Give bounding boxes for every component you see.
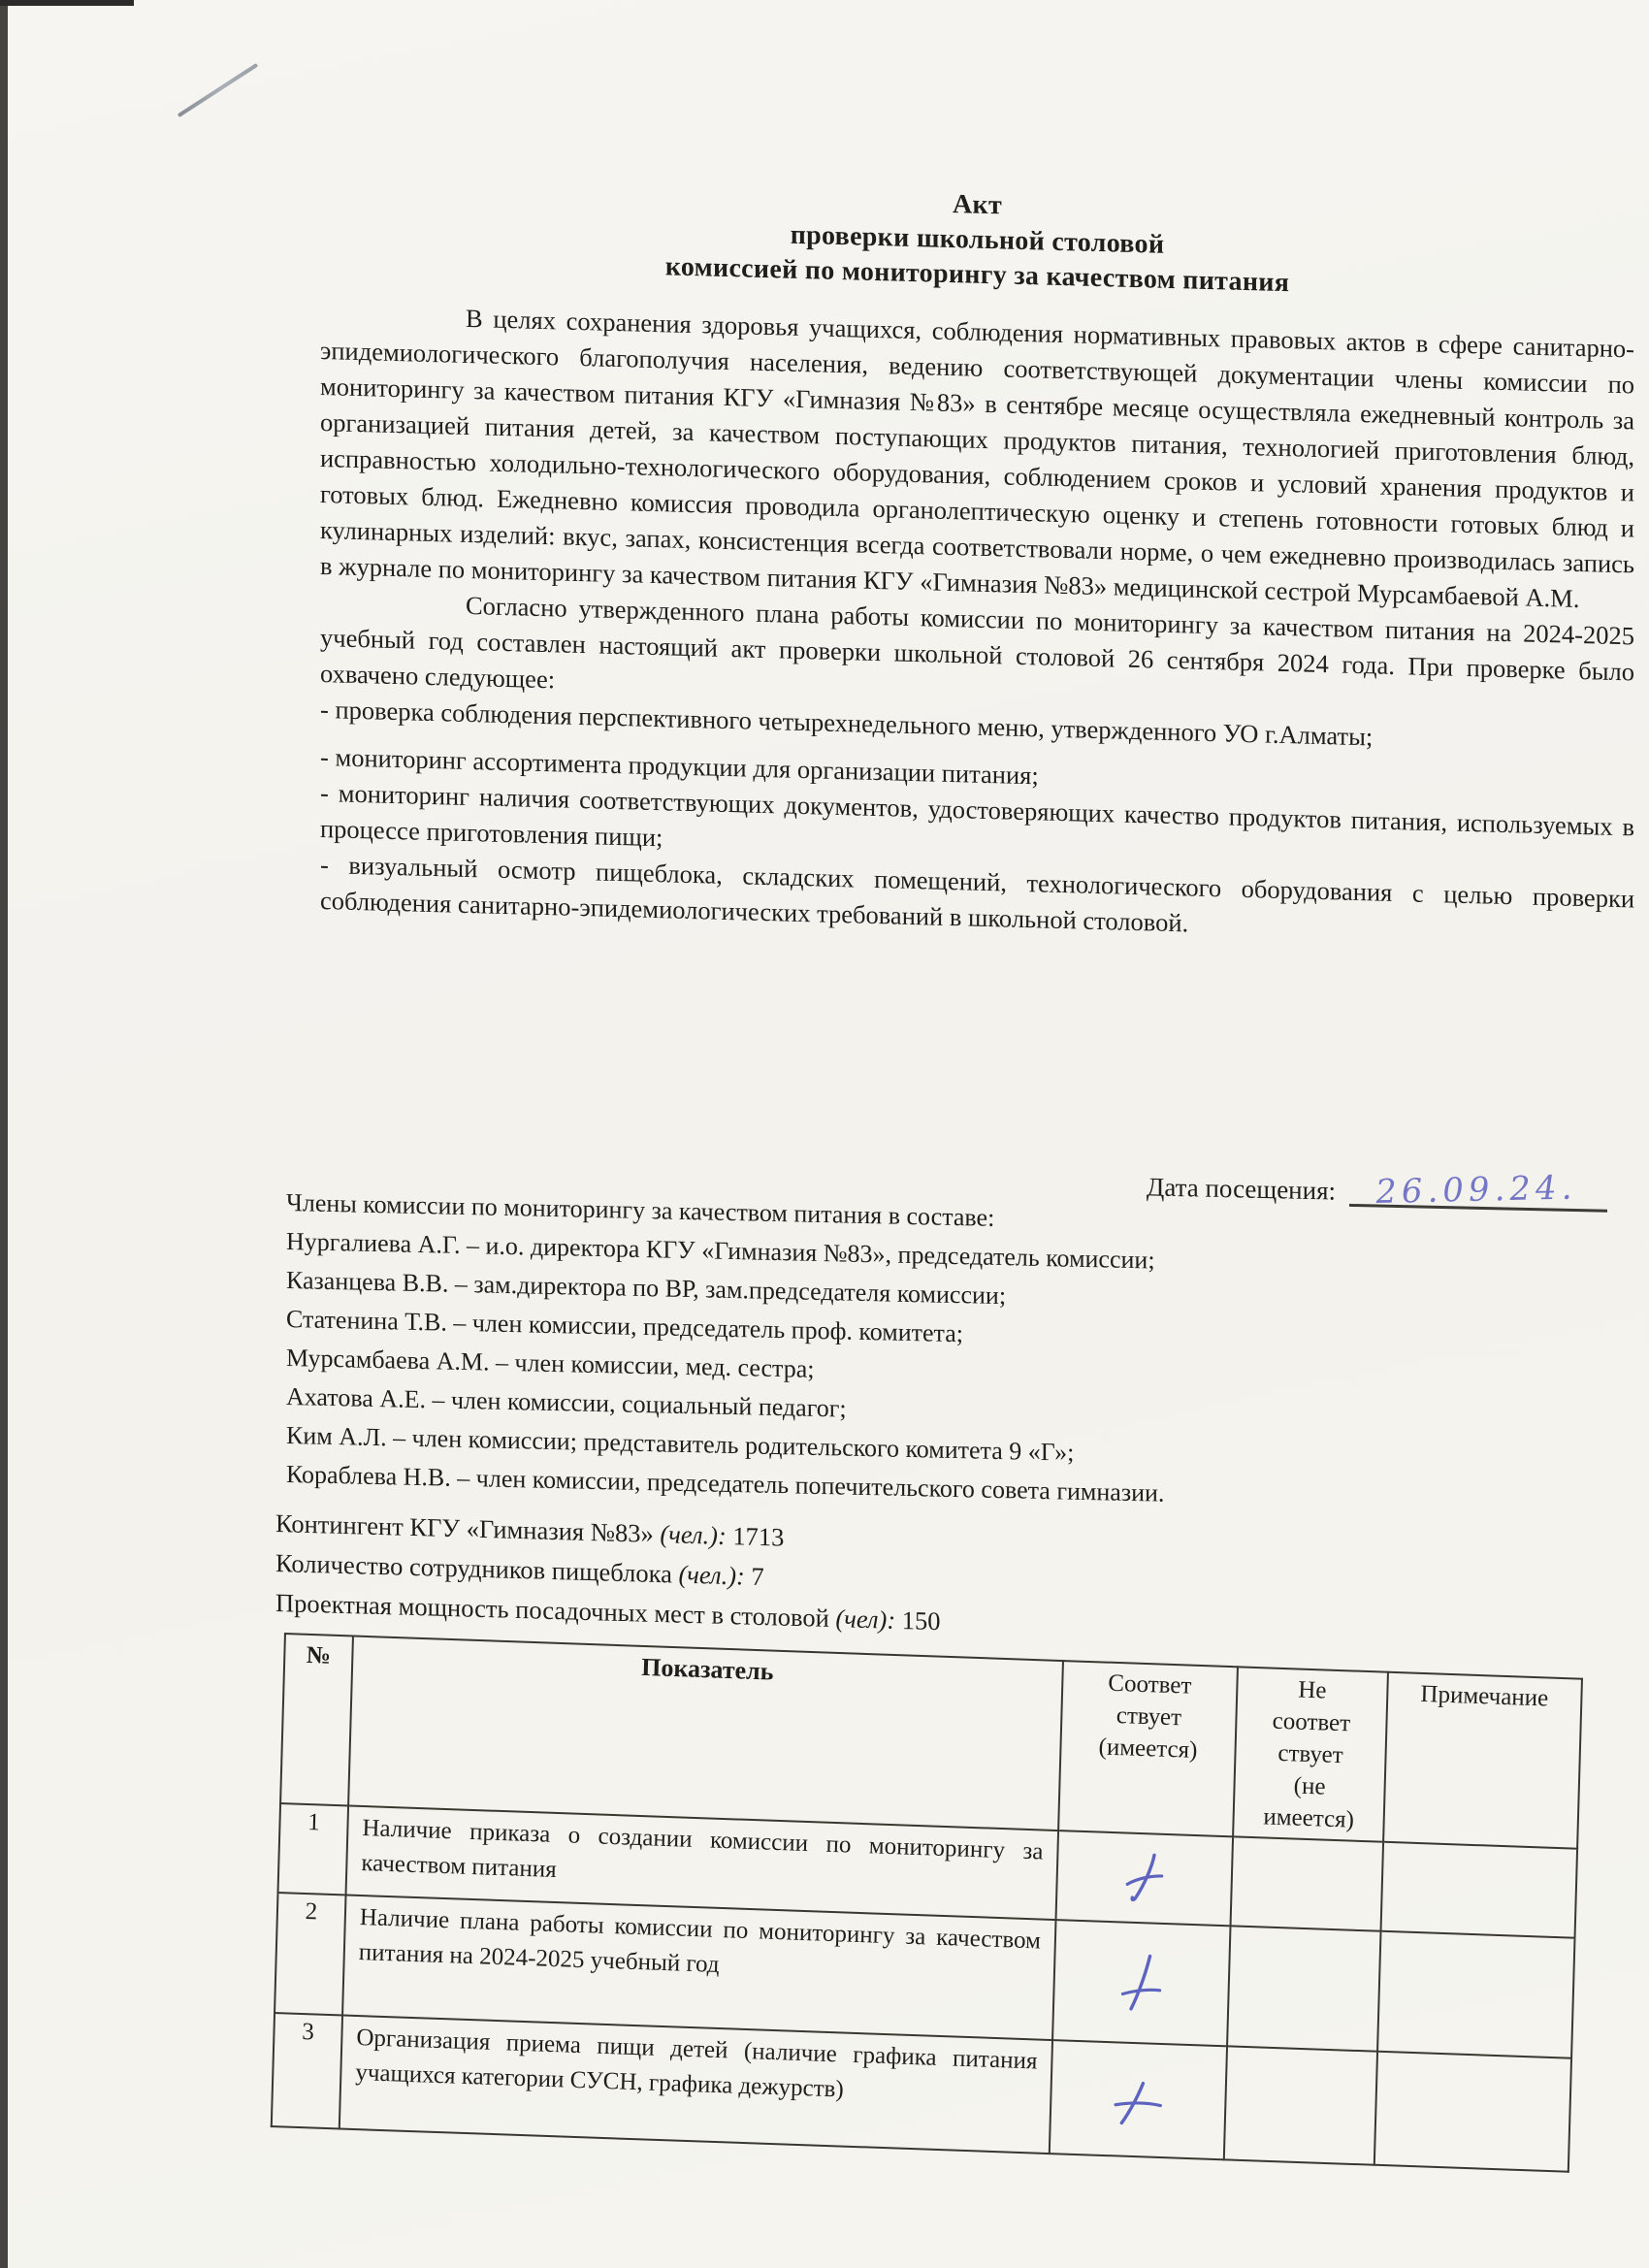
note-cell [1377, 1931, 1574, 2058]
not-conforms-cell [1224, 2046, 1377, 2164]
handwritten-check-icon [1110, 2077, 1167, 2130]
header-note: Примечание [1383, 1672, 1582, 1849]
note-cell [1374, 2052, 1571, 2172]
paragraph-purpose: В целях сохранения здоровья учащихся, со… [320, 297, 1634, 618]
stat-label: Контингент КГУ «Гимназия №83» [275, 1508, 654, 1548]
not-conforms-cell [1231, 1836, 1384, 1930]
header-conforms: Соответ ствует (имеется) [1058, 1661, 1238, 1836]
stats-section: Контингент КГУ «Гимназия №83» (чел.): 17… [275, 1504, 1439, 1656]
handwritten-check-icon [1119, 1850, 1170, 1907]
stat-unit: (чел): [835, 1604, 895, 1635]
not-conforms-cell [1227, 1926, 1380, 2051]
conforms-cell [1050, 2040, 1227, 2159]
document-body: Акт проверки школьной столовой комиссией… [320, 171, 1634, 953]
header-indicator: Показатель [348, 1636, 1063, 1831]
checklist-table: № Показатель Соответ ствует (имеется) Не… [271, 1633, 1583, 2173]
row-number: 2 [275, 1893, 345, 2015]
note-cell [1381, 1842, 1578, 1938]
stat-label: Количество сотрудников пищеблока [275, 1548, 672, 1588]
conforms-cell [1052, 1920, 1230, 2046]
stat-value: 1713 [732, 1521, 784, 1551]
header-not-conforms: Не соответ ствует (не имеется) [1233, 1667, 1388, 1841]
document-title: Акт проверки школьной столовой комиссией… [320, 171, 1634, 309]
visit-date-underline: 26.09.24. [1349, 1165, 1607, 1213]
row-indicator: Организация приема пищи детей (наличие г… [339, 2015, 1052, 2154]
row-number: 1 [278, 1803, 349, 1895]
scanned-document-sheet: Акт проверки школьной столовой комиссией… [0, 0, 1649, 2268]
row-number: 3 [272, 2013, 342, 2128]
header-number: № [280, 1634, 353, 1805]
stat-value: 150 [902, 1605, 941, 1636]
visit-date-label: Дата посещения: [1147, 1172, 1349, 1207]
pen-stroke-artifact [178, 63, 259, 117]
scan-edge-band [0, 0, 8, 2268]
members-section: Дата посещения:26.09.24. Члены комиссии … [286, 1141, 1607, 1523]
stat-value: 7 [752, 1562, 764, 1591]
scan-top-bar [0, 0, 134, 6]
checklist-table-wrap: № Показатель Соответ ствует (имеется) Не… [271, 1633, 1583, 2173]
stat-unit: (чел.): [660, 1519, 726, 1550]
conforms-cell [1056, 1831, 1234, 1926]
stat-unit: (чел.): [678, 1560, 744, 1591]
handwritten-visit-date: 26.09.24. [1375, 1169, 1578, 1213]
handwritten-check-icon [1117, 1951, 1166, 2015]
